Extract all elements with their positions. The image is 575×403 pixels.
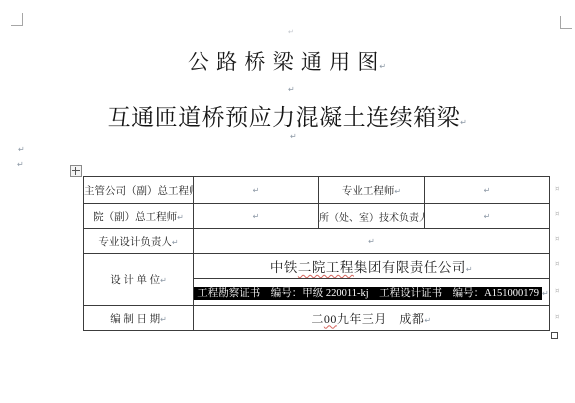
table-row: 院（副）总工程师↵ ↵ 所（处、室）技术负责人↵ ↵ [84,204,550,229]
cell-institute-chief-engineer-value[interactable]: ↵ [194,204,319,229]
end-of-cell-mark: ↵ [172,238,179,247]
cell-label: 所（处、室）技术负责人 [319,213,425,224]
signature-table: 主管公司（副）总工程师↵ ↵ 专业工程师↵ ↵ 院（副）总工程师↵ ↵ 所（处、… [83,176,550,331]
end-of-cell-mark: ↵ [542,289,549,298]
cell-design-unit-certificates[interactable]: 工程勘察证书 编号：甲级 220011-kj 工程设计证书 编号：A151000… [194,279,550,306]
end-of-cell-mark: ↵ [394,187,401,196]
cell-specialty-engineer-value[interactable]: ↵ [425,177,550,204]
end-of-cell-mark: ↵ [160,315,167,324]
certificate-text-selected: 工程勘察证书 编号：甲级 220011-kj 工程设计证书 编号：A151000… [194,287,542,300]
date-text: 九年三月 成都 [337,312,425,326]
cell-design-unit-company[interactable]: 中铁二院工程集团有限责任公司↵ [194,254,550,279]
paragraph-mark: ↵ [290,133,297,141]
cell-compile-date-value[interactable]: 二00九年三月 成都↵ [194,306,550,331]
end-of-cell-mark: ↵ [253,212,260,221]
cell-compile-date-label: 编 制 日 期↵ [84,306,194,331]
end-of-row-mark: ¤ [555,314,559,321]
cell-dept-technical-lead-value[interactable]: ↵ [425,204,550,229]
text-boundary-mark-top-left [11,13,23,26]
page-subtitle-text: 互通匝道桥预应力混凝土连续箱梁 [108,105,461,130]
cell-specialty-engineer-label: 专业工程师↵ [319,177,425,204]
end-of-row-mark: ¤ [555,211,559,218]
end-of-cell-mark: ↵ [466,265,473,274]
paragraph-mark: ↵ [18,146,25,154]
cell-dept-technical-lead-label: 所（处、室）技术负责人↵ [319,204,425,229]
end-of-row-mark: ¤ [555,288,559,295]
end-of-cell-mark: ↵ [177,213,184,222]
cell-institute-chief-engineer-label: 院（副）总工程师↵ [84,204,194,229]
paragraph-mark: ↵ [17,161,24,169]
text-boundary-mark-top-right [560,16,572,29]
cell-company-chief-engineer-value[interactable]: ↵ [194,177,319,204]
company-name-spellcheck: 二院工程 [298,260,354,275]
end-of-cell-mark: ↵ [253,186,260,195]
page-subtitle: 互通匝道桥预应力混凝土连续箱梁↵ [0,99,575,132]
paragraph-mark: ↵ [288,29,294,36]
cell-label: 院（副）总工程师 [93,212,177,223]
cell-label: 设 计 单 位 [110,275,160,286]
page-title-text: 公 路 桥 梁 通 用 图 [188,50,380,74]
end-of-cell-mark: ↵ [484,212,491,221]
cell-label: 编 制 日 期 [110,314,160,325]
company-name: 集团有限责任公司 [354,260,466,275]
table-row: 编 制 日 期↵ 二00九年三月 成都↵ [84,306,550,331]
cell-company-chief-engineer-label: 主管公司（副）总工程师↵ [84,177,194,204]
paragraph-mark: ↵ [460,118,467,127]
cell-design-unit-label: 设 计 单 位↵ [84,254,194,306]
end-of-row-mark: ¤ [555,186,559,193]
end-of-cell-mark: ↵ [368,237,375,246]
cell-label: 主管公司（副）总工程师 [84,186,194,197]
end-of-row-mark: ¤ [555,261,559,268]
table-move-handle-icon[interactable] [70,165,82,177]
date-text: 二 [311,312,324,326]
table-row: 专业设计负责人↵ ↵ [84,229,550,254]
cell-label: 专业设计负责人 [98,237,172,248]
document-page: ↵ ↵ ↵ ↵ ↵ 公 路 桥 梁 通 用 图↵ 互通匝道桥预应力混凝土连续箱梁… [0,0,575,403]
paragraph-mark: ↵ [379,62,387,71]
paragraph-mark: ↵ [288,86,295,94]
table-row: 设 计 单 位↵ 中铁二院工程集团有限责任公司↵ [84,254,550,279]
company-name: 中铁 [270,260,298,275]
table-resize-handle[interactable] [551,332,558,339]
page-title: 公 路 桥 梁 通 用 图↵ [0,46,575,76]
end-of-row-mark: ¤ [555,236,559,243]
cell-design-lead-value[interactable]: ↵ [194,229,550,254]
cell-design-lead-label: 专业设计负责人↵ [84,229,194,254]
end-of-cell-mark: ↵ [160,276,167,285]
cell-label: 专业工程师 [342,186,395,197]
end-of-cell-mark: ↵ [424,316,431,325]
date-text-spellcheck: 00 [324,312,337,326]
table-row: 主管公司（副）总工程师↵ ↵ 专业工程师↵ ↵ [84,177,550,204]
end-of-cell-mark: ↵ [484,186,491,195]
